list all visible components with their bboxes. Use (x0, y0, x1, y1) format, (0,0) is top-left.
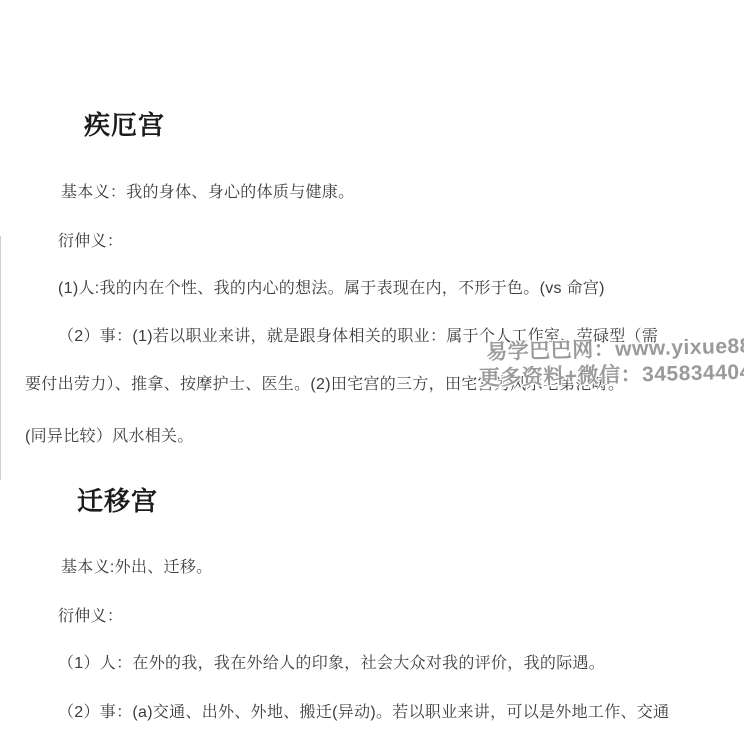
text-line-extended-meaning-label-2: 衍伸义： (58, 609, 123, 625)
text-line-basic-meaning-2: 基本义:外出、迁移。 (61, 560, 212, 576)
watermark-contact-text: 更多资料+微信：3458344044 (479, 360, 744, 392)
section-heading-travel-palace: 迁移宫 (77, 488, 158, 514)
page-edge-artifact (0, 236, 1, 480)
document-page: 疾厄宫 基本义：我的身体、身心的体质与健康。 衍伸义： (1)人:我的内在个性、… (0, 0, 744, 732)
text-line-basic-meaning-1: 基本义：我的身体、身心的体质与健康。 (61, 185, 354, 201)
text-line-person-meaning-2: （1）人：在外的我，我在外给人的印象，社会大众对我的评价，我的际遇。 (58, 656, 605, 672)
text-line-person-meaning-1: (1)人:我的内在个性、我的内心的想法。属于表现在内，不形于色。(vs 命宫) (58, 281, 605, 297)
section-heading-health-palace: 疾厄宫 (84, 112, 165, 138)
text-line-affairs-meaning-2: （2）事：(a)交通、出外、外地、搬迁(异动)。若以职业来讲，可以是外地工作、交… (58, 705, 669, 721)
watermark: 易学巴巴网：www.yixue88.cn 更多资料+微信：3458344044 (486, 334, 744, 392)
text-line-extended-meaning-label-1: 衍伸义： (58, 234, 123, 250)
text-line-affairs-meaning-1c: (同异比较）风水相关。 (25, 429, 194, 445)
